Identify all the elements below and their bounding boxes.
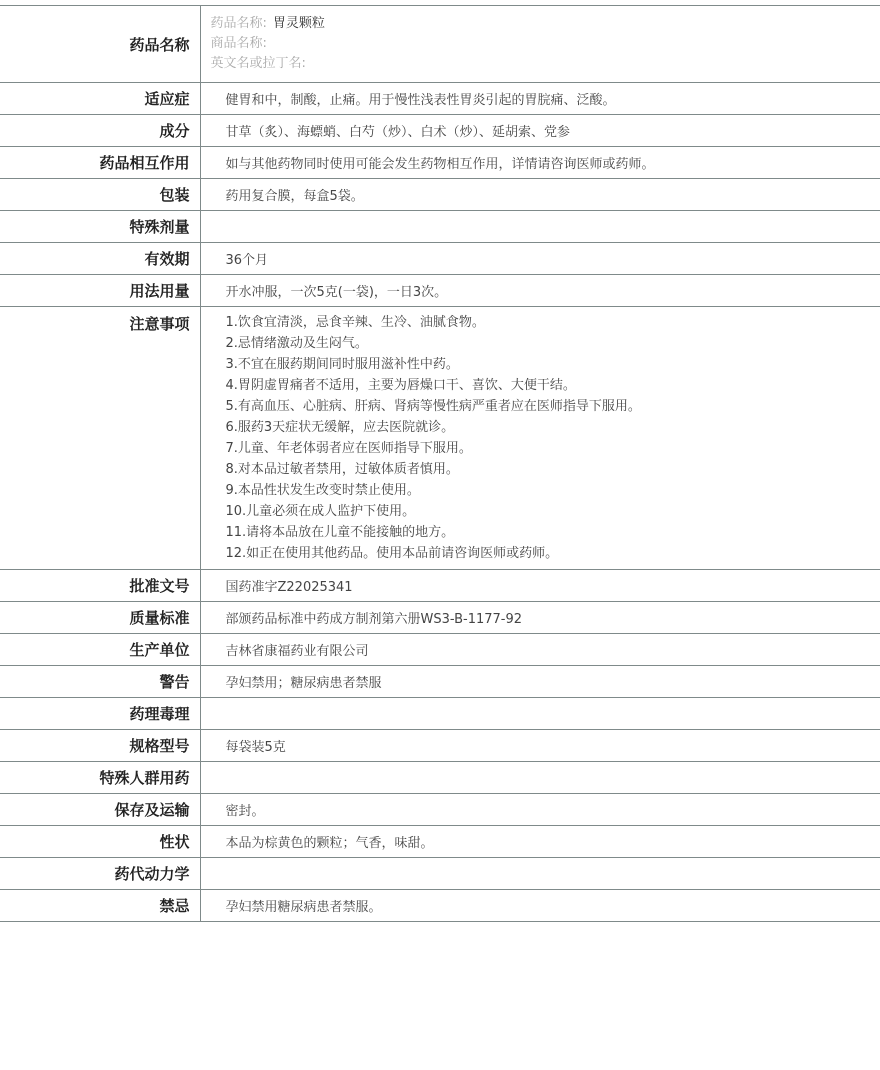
row-shelf-life: 有效期 36个月 [0, 243, 880, 275]
row-drug-name: 药品名称 药品名称:胃灵颗粒 商品名称: 英文名或拉丁名: [0, 6, 880, 83]
row-label: 药代动力学 [0, 858, 200, 890]
precaution-item: 7.儿童、年老体弱者应在医师指导下服用。 [226, 438, 880, 459]
row-label: 药品相互作用 [0, 147, 200, 179]
row-value [200, 858, 880, 890]
row-label: 特殊人群用药 [0, 762, 200, 794]
row-precautions: 注意事项 1.饮食宜清淡，忌食辛辣、生冷、油腻食物。 2.忌情绪激动及生闷气。 … [0, 307, 880, 570]
row-quality-standard: 质量标准 部颁药品标准中药成方制剂第六册WS3-B-1177-92 [0, 602, 880, 634]
row-manufacturer: 生产单位 吉林省康福药业有限公司 [0, 634, 880, 666]
row-value: 36个月 [200, 243, 880, 275]
row-value [200, 698, 880, 730]
row-label: 有效期 [0, 243, 200, 275]
row-value: 密封。 [200, 794, 880, 826]
row-value: 国药准字Z22025341 [200, 570, 880, 602]
row-label: 警告 [0, 666, 200, 698]
precaution-item: 1.饮食宜清淡，忌食辛辣、生冷、油腻食物。 [226, 312, 880, 333]
generic-name-key: 药品名称: [211, 16, 267, 31]
generic-name-line: 药品名称:胃灵颗粒 [211, 14, 880, 34]
row-label: 特殊剂量 [0, 211, 200, 243]
latin-name-line: 英文名或拉丁名: [211, 54, 880, 74]
row-value: 本品为棕黄色的颗粒；气香，味甜。 [200, 826, 880, 858]
row-value [200, 211, 880, 243]
row-label: 成分 [0, 115, 200, 147]
row-special-dosage: 特殊剂量 [0, 211, 880, 243]
drug-spec-table: 药品名称 药品名称:胃灵颗粒 商品名称: 英文名或拉丁名: 适应症 健胃和中，制… [0, 5, 880, 922]
row-packaging: 包装 药用复合膜，每盒5袋。 [0, 179, 880, 211]
row-label: 包装 [0, 179, 200, 211]
row-pharmacokinetics: 药代动力学 [0, 858, 880, 890]
precaution-item: 10.儿童必须在成人监护下使用。 [226, 501, 880, 522]
row-value: 甘草（炙）、海螵蛸、白芍（炒）、白术（炒）、延胡索、党参 [200, 115, 880, 147]
row-value: 孕妇禁用；糖尿病患者禁服 [200, 666, 880, 698]
row-label: 保存及运输 [0, 794, 200, 826]
row-label: 性状 [0, 826, 200, 858]
row-value: 药用复合膜，每盒5袋。 [200, 179, 880, 211]
row-value [200, 762, 880, 794]
row-label: 禁忌 [0, 890, 200, 922]
row-value: 孕妇禁用糖尿病患者禁服。 [200, 890, 880, 922]
row-label: 用法用量 [0, 275, 200, 307]
row-value: 开水冲服，一次5克(一袋)，一日3次。 [200, 275, 880, 307]
precaution-item: 12.如正在使用其他药品。使用本品前请咨询医师或药师。 [226, 543, 880, 564]
row-label: 注意事项 [0, 307, 200, 570]
row-dosage: 用法用量 开水冲服，一次5克(一袋)，一日3次。 [0, 275, 880, 307]
row-value: 吉林省康福药业有限公司 [200, 634, 880, 666]
row-contraindications: 禁忌 孕妇禁用糖尿病患者禁服。 [0, 890, 880, 922]
precaution-item: 11.请将本品放在儿童不能接触的地方。 [226, 522, 880, 543]
row-label: 适应症 [0, 83, 200, 115]
row-value: 健胃和中，制酸，止痛。用于慢性浅表性胃炎引起的胃脘痛、泛酸。 [200, 83, 880, 115]
row-label: 批准文号 [0, 570, 200, 602]
precaution-item: 6.服药3天症状无缓解，应去医院就诊。 [226, 417, 880, 438]
precautions-list: 1.饮食宜清淡，忌食辛辣、生冷、油腻食物。 2.忌情绪激动及生闷气。 3.不宜在… [200, 307, 880, 570]
precaution-item: 8.对本品过敏者禁用，过敏体质者慎用。 [226, 459, 880, 480]
precaution-item: 4.胃阴虚胃痛者不适用，主要为唇燥口干、喜饮、大便干结。 [226, 375, 880, 396]
row-interactions: 药品相互作用 如与其他药物同时使用可能会发生药物相互作用，详情请咨询医师或药师。 [0, 147, 880, 179]
row-special-populations: 特殊人群用药 [0, 762, 880, 794]
row-indications: 适应症 健胃和中，制酸，止痛。用于慢性浅表性胃炎引起的胃脘痛、泛酸。 [0, 83, 880, 115]
row-specification: 规格型号 每袋装5克 [0, 730, 880, 762]
row-pharmacology: 药理毒理 [0, 698, 880, 730]
row-warning: 警告 孕妇禁用；糖尿病患者禁服 [0, 666, 880, 698]
row-ingredients: 成分 甘草（炙）、海螵蛸、白芍（炒）、白术（炒）、延胡索、党参 [0, 115, 880, 147]
row-label: 质量标准 [0, 602, 200, 634]
drug-name-fields: 药品名称:胃灵颗粒 商品名称: 英文名或拉丁名: [200, 6, 880, 83]
row-value: 每袋装5克 [200, 730, 880, 762]
trade-name-line: 商品名称: [211, 34, 880, 54]
precaution-item: 5.有高血压、心脏病、肝病、肾病等慢性病严重者应在医师指导下服用。 [226, 396, 880, 417]
row-appearance: 性状 本品为棕黄色的颗粒；气香，味甜。 [0, 826, 880, 858]
generic-name-value: 胃灵颗粒 [273, 16, 325, 31]
row-value: 部颁药品标准中药成方制剂第六册WS3-B-1177-92 [200, 602, 880, 634]
row-label: 生产单位 [0, 634, 200, 666]
row-value: 如与其他药物同时使用可能会发生药物相互作用，详情请咨询医师或药师。 [200, 147, 880, 179]
row-approval-number: 批准文号 国药准字Z22025341 [0, 570, 880, 602]
precaution-item: 2.忌情绪激动及生闷气。 [226, 333, 880, 354]
precaution-item: 3.不宜在服药期间同时服用滋补性中药。 [226, 354, 880, 375]
precaution-item: 9.本品性状发生改变时禁止使用。 [226, 480, 880, 501]
row-label: 药理毒理 [0, 698, 200, 730]
row-storage: 保存及运输 密封。 [0, 794, 880, 826]
latin-name-key: 英文名或拉丁名: [211, 56, 306, 71]
row-label: 药品名称 [0, 6, 200, 83]
trade-name-key: 商品名称: [211, 36, 267, 51]
row-label: 规格型号 [0, 730, 200, 762]
